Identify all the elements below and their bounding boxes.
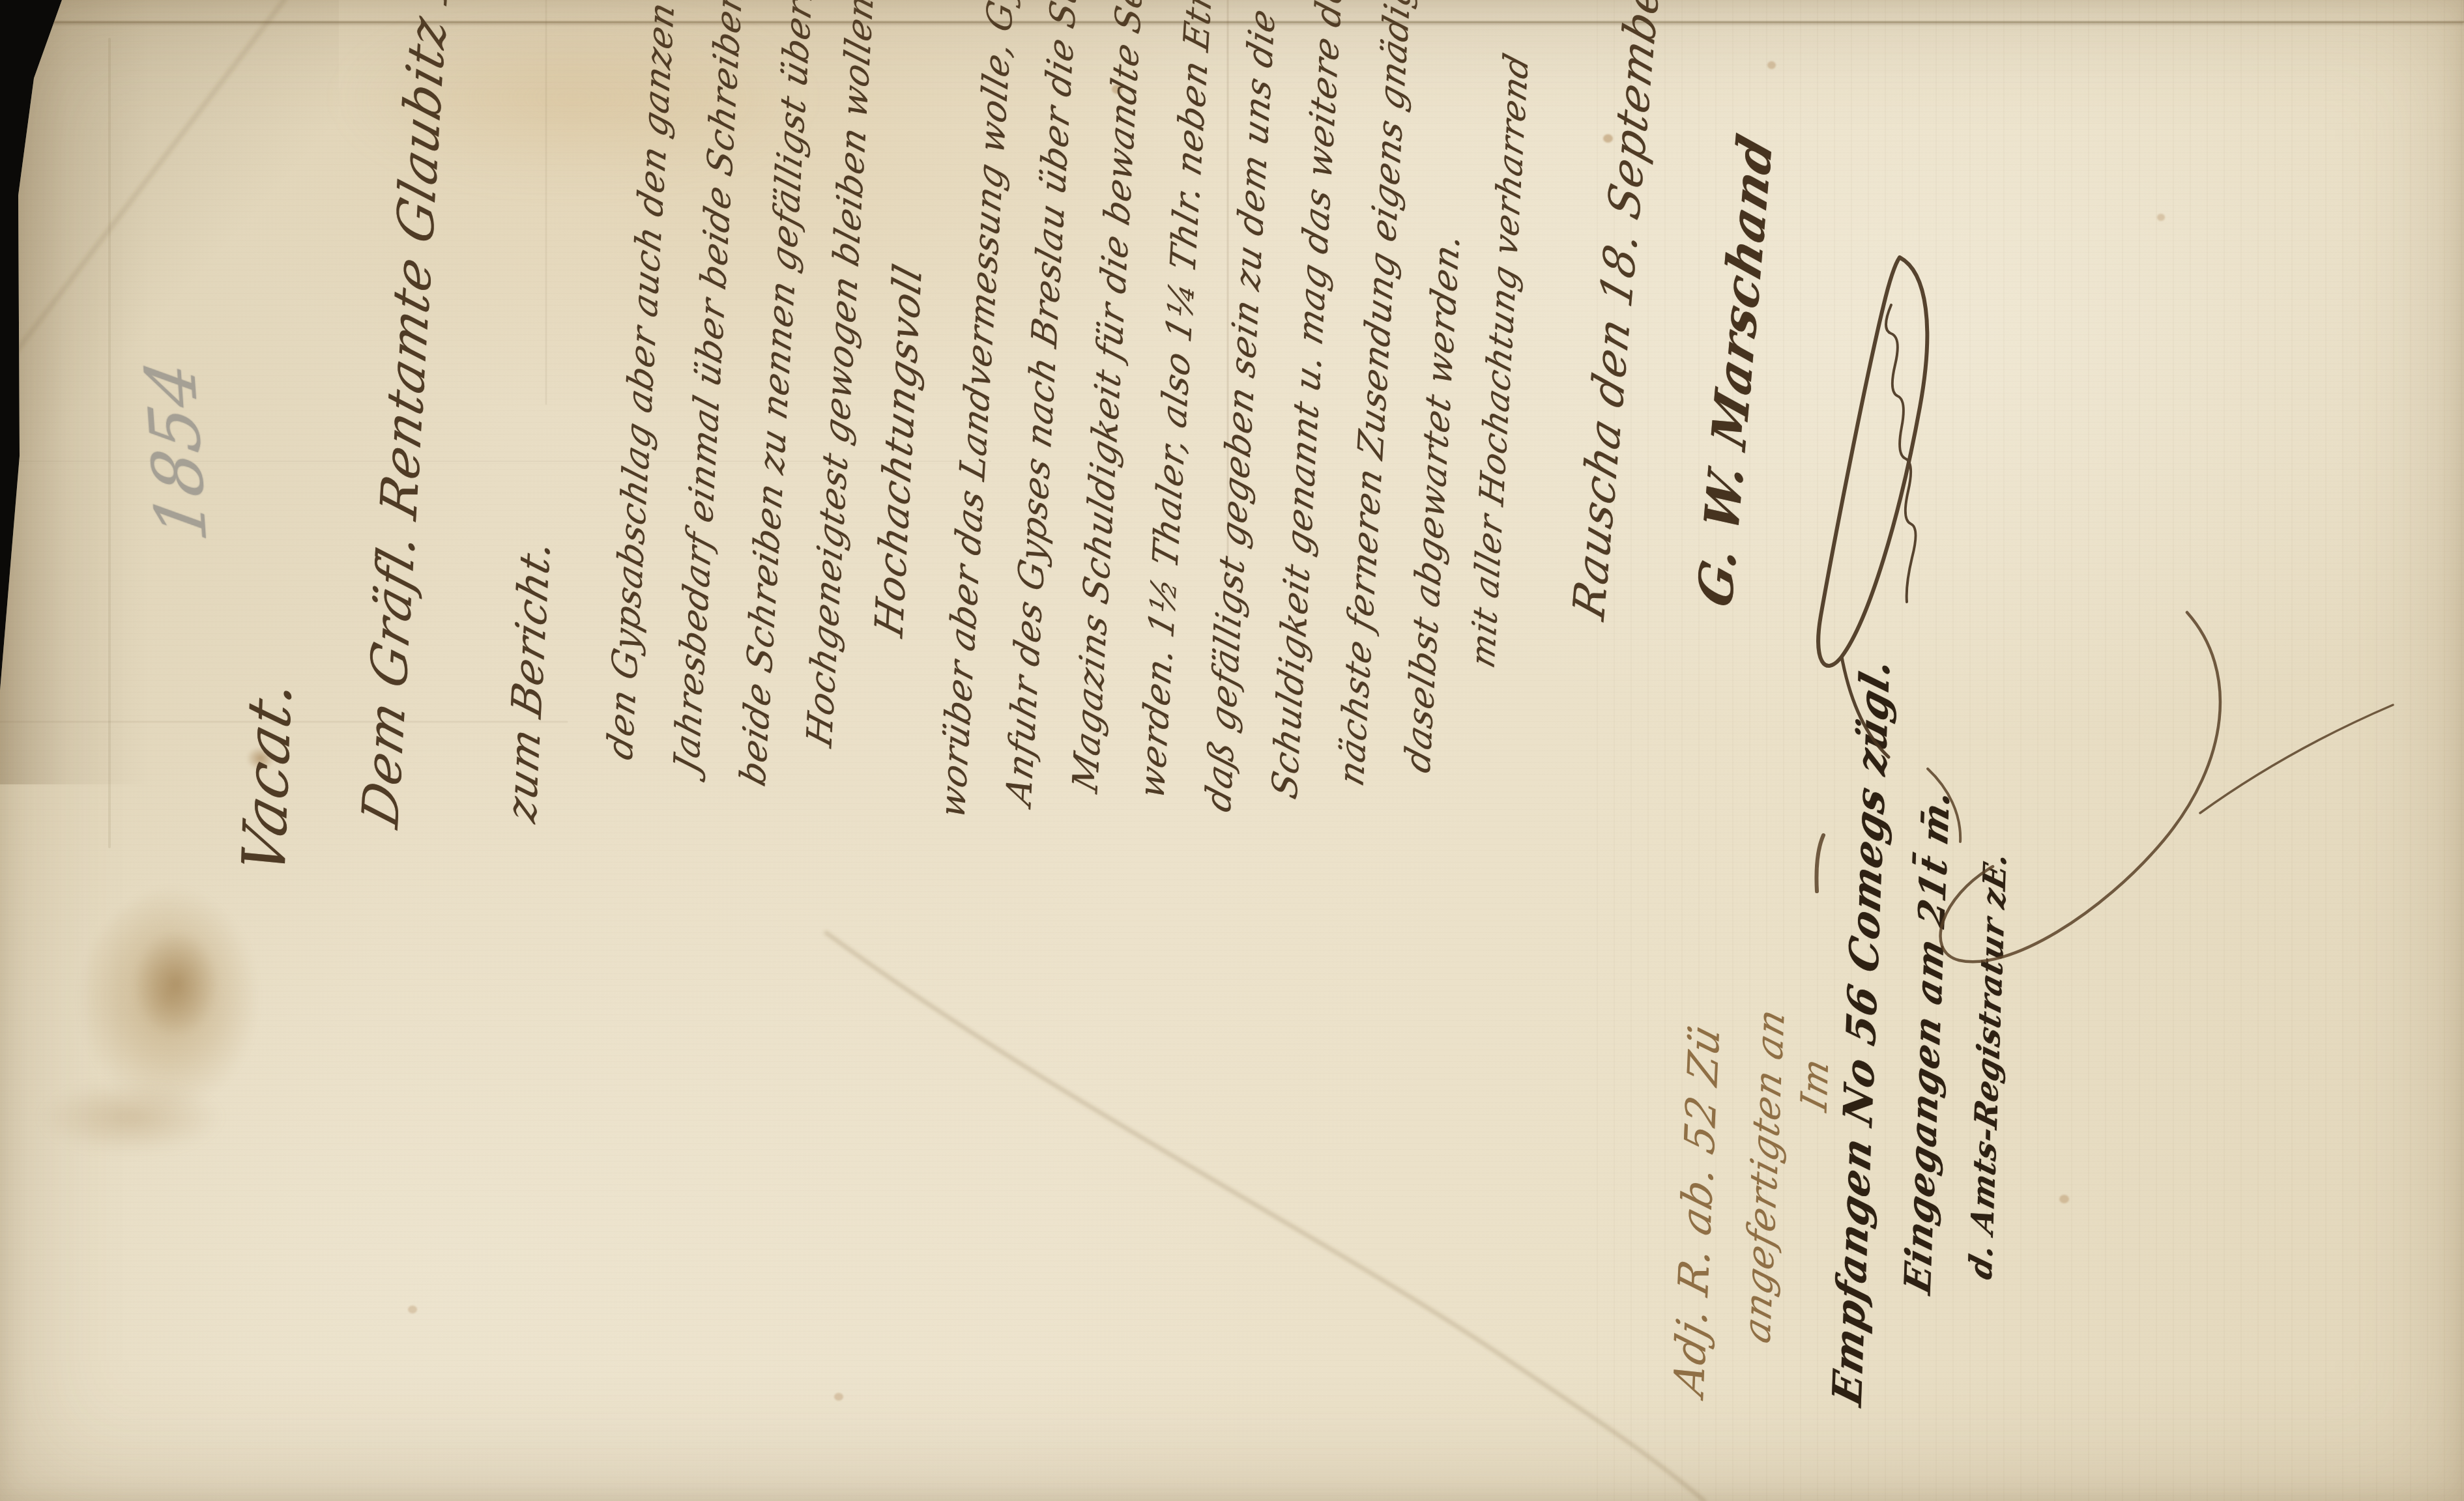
letter-paper: 1854 Vacat.Dem Gräfl. Rentamte Glaubitz … xyxy=(0,0,2464,1501)
handwritten-line: Rauscha den 18. September 1854. xyxy=(1564,0,1684,626)
handwritten-line: angefertigten an xyxy=(1735,1003,1793,1348)
handwritten-line: daselbst abgewartet werden. xyxy=(1397,227,1468,777)
handwritten-line: Im xyxy=(1793,1053,1837,1116)
pencil-year-note: 1854 xyxy=(130,354,223,546)
handwritten-line: G. W. Marschand xyxy=(1688,128,1784,614)
handwritten-line: mit aller Hochachtung verharrend xyxy=(1464,49,1537,672)
handwritten-line: Vacat. xyxy=(229,670,305,883)
handwritten-line: d. Amts-Registratur zE. xyxy=(1963,848,2014,1283)
handwritten-line: Hochachtungsvoll xyxy=(867,259,931,642)
handwritten-line: zum Bericht. xyxy=(498,533,560,827)
rotated-letter-text: 1854 Vacat.Dem Gräfl. Rentamte Glaubitz … xyxy=(0,0,2464,1501)
handwritten-line: Empfangen No 56 Comegs zügl. xyxy=(1823,652,1899,1410)
handwritten-line: Dem Gräfl. Rentamte Glaubitz Litz xyxy=(352,0,465,834)
handwritten-line: Eingegangen am 21t̄ m̄. xyxy=(1896,784,1958,1298)
photographed-letter-scene: 1854 Vacat.Dem Gräfl. Rentamte Glaubitz … xyxy=(0,0,2464,1501)
handwritten-line: Adj. R. ab. 52 Zü xyxy=(1666,1019,1730,1401)
